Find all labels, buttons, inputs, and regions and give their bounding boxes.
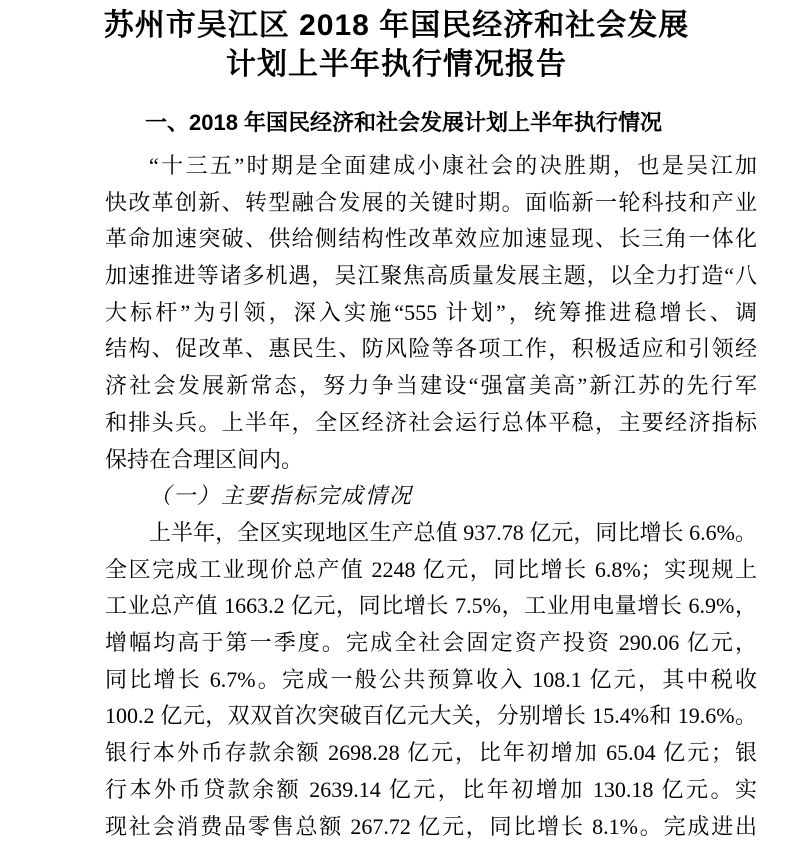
sub-heading-main-indicators: （一）主要指标完成情况	[105, 478, 757, 515]
paragraph-line: 现社会消费品零售总额 267.72 亿元，同比增长 8.1%。完成进出	[105, 809, 757, 846]
title-line-1: 苏州市吴江区 2018 年国民经济和社会发展	[0, 6, 793, 45]
paragraph-overview: “十三五”时期是全面建成小康社会的决胜期，也是吴江加 快改革创新、转型融合发展的…	[105, 148, 757, 478]
paragraph-indicators: 上半年，全区实现地区生产总值 937.78 亿元，同比增长 6.6%。 全区完成…	[105, 515, 757, 845]
paragraph-line: 100.2 亿元，双双首次突破百亿元大关，分别增长 15.4%和 19.6%。	[105, 698, 757, 735]
paragraph-line: 工业总产值 1663.2 亿元，同比增长 7.5%，工业用电量增长 6.9%，	[105, 588, 757, 625]
paragraph-line: 革命加速突破、供给侧结构性改革效应加速显现、长三角一体化	[105, 221, 757, 258]
paragraph-line: 保持在合理区间内。	[105, 442, 757, 479]
paragraph-line: 行本外币贷款余额 2639.14 亿元，比年初增加 130.18 亿元。实	[105, 772, 757, 809]
paragraph-line: “十三五”时期是全面建成小康社会的决胜期，也是吴江加	[105, 148, 757, 185]
paragraph-line: 和排头兵。上半年，全区经济社会运行总体平稳，主要经济指标	[105, 405, 757, 442]
document-title: 苏州市吴江区 2018 年国民经济和社会发展 计划上半年执行情况报告	[0, 6, 793, 84]
paragraph-line: 大标杆”为引领，深入实施“555 计划”，统筹推进稳增长、调	[105, 295, 757, 332]
paragraph-line: 结构、促改革、惠民生、防风险等各项工作，积极适应和引领经	[105, 331, 757, 368]
paragraph-line: 济社会发展新常态，努力争当建设“强富美高”新江苏的先行军	[105, 368, 757, 405]
paragraph-line: 加速推进等诸多机遇，吴江聚焦高质量发展主题，以全力打造“八	[105, 258, 757, 295]
paragraph-line: 银行本外币存款余额 2698.28 亿元，比年初增加 65.04 亿元；银	[105, 735, 757, 772]
paragraph-line: 同比增长 6.7%。完成一般公共预算收入 108.1 亿元，其中税收	[105, 662, 757, 699]
paragraph-line: 全区完成工业现价总产值 2248 亿元，同比增长 6.8%；实现规上	[105, 552, 757, 589]
paragraph-line: 增幅均高于第一季度。完成全社会固定资产投资 290.06 亿元，	[105, 625, 757, 662]
paragraph-line: 上半年，全区实现地区生产总值 937.78 亿元，同比增长 6.6%。	[105, 515, 757, 552]
title-line-2: 计划上半年执行情况报告	[0, 45, 793, 84]
document-page: 苏州市吴江区 2018 年国民经济和社会发展 计划上半年执行情况报告 一、201…	[0, 0, 793, 847]
paragraph-line: 快改革创新、转型融合发展的关键时期。面临新一轮科技和产业	[105, 185, 757, 222]
section-heading: 一、2018 年国民经济和社会发展计划上半年执行情况	[105, 105, 765, 141]
